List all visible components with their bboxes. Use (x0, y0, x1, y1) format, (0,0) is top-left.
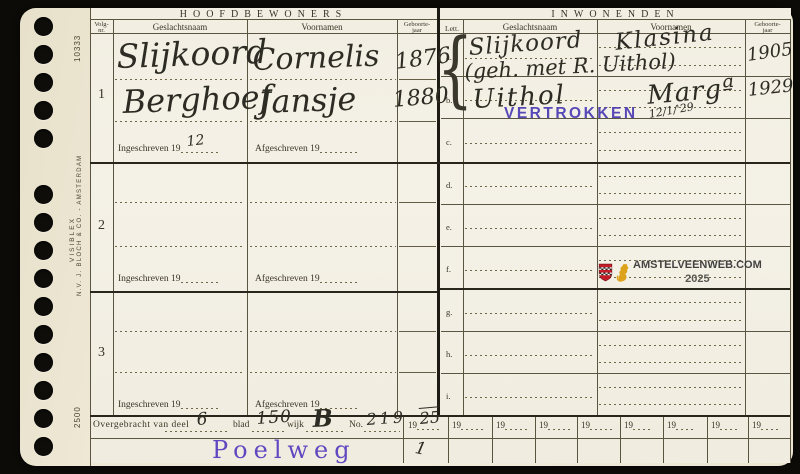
writing-line (465, 313, 593, 314)
writing-line (465, 397, 593, 398)
year-cell-label: 19 (581, 420, 612, 430)
writing-line (599, 235, 743, 236)
writing-line (115, 246, 245, 247)
fill-in-line (181, 399, 219, 409)
punch-hole (34, 409, 53, 428)
row-divider (441, 204, 790, 205)
row-divider (441, 246, 790, 247)
writing-line (599, 176, 743, 177)
row-letter: g. (446, 307, 452, 317)
handwritten-wijk: B (312, 406, 334, 431)
writing-line (399, 202, 436, 203)
handwritten-year: 1929 (747, 77, 794, 100)
street-name-stamp: Poelweg (212, 436, 356, 464)
punch-hole (34, 129, 53, 148)
header-firstnames-left: Voornamen (247, 22, 397, 32)
writing-line (115, 121, 245, 122)
writing-line (599, 218, 743, 219)
printer-brand: VISIBLEX (69, 217, 76, 262)
year-cell-19: 19 (581, 420, 590, 430)
scanned-register-photo: 10333 VISIBLEX N.V. J. BLOCH & CO. - AMS… (0, 0, 800, 474)
year-cell-label: 19 (711, 420, 738, 430)
handwritten-firstnames: Cornelis (252, 42, 380, 76)
year-cell-19: 19 (752, 420, 761, 430)
watermark: AMSTELVEENWEB.COM 2025 (598, 259, 762, 287)
grid-line (577, 415, 578, 463)
year-cell-19: 19 (667, 420, 676, 430)
section-title-inwonenden: INWONENDEN (441, 9, 790, 20)
punch-hole (34, 353, 53, 372)
year-cell-19: 19 (408, 420, 417, 430)
punch-hole (34, 297, 53, 316)
writing-line (465, 228, 593, 229)
handwritten-deel: 6 (196, 411, 208, 429)
punch-hole (34, 437, 53, 456)
year-cell-19: 19 (711, 420, 720, 430)
year-cell-19: 19 (624, 420, 633, 430)
footer-divider (90, 438, 790, 439)
fill-in-line (320, 143, 358, 153)
writing-line (599, 302, 743, 303)
writing-line (599, 362, 743, 363)
row-letter: f. (446, 264, 451, 274)
writing-line (399, 331, 436, 332)
year-cell-19: 19 (539, 420, 548, 430)
fill-in-line (252, 431, 285, 432)
punch-hole (34, 101, 53, 120)
year-cell-label: 19 (496, 420, 527, 430)
punch-hole (34, 45, 53, 64)
printer-name: N.V. J. BLOCH & CO. - AMSTERDAM (77, 155, 83, 296)
punch-hole (34, 325, 53, 344)
punch-hole (34, 213, 53, 232)
writing-line (250, 372, 396, 373)
grid-line (448, 415, 449, 463)
ingeschreven-text: Ingeschreven 19 (118, 274, 181, 284)
vertrokken-stamp: VERTROKKEN (504, 105, 638, 123)
handwritten-year-25: 25 (419, 409, 441, 427)
writing-line (399, 246, 436, 247)
writing-line (399, 79, 436, 80)
handwritten-surname: Slijkoord (116, 35, 268, 73)
row-letter: i. (446, 391, 451, 401)
writing-line (599, 345, 743, 346)
ingeschreven-label: Ingeschreven 19 (118, 273, 219, 284)
group-divider (440, 288, 790, 290)
punch-hole (34, 73, 53, 92)
header-birthyear-left-line2: jaar (397, 27, 437, 34)
writing-line (115, 372, 245, 373)
fill-in-line (548, 420, 570, 430)
writing-line (115, 331, 245, 332)
fill-in-line (590, 420, 612, 430)
writing-line (599, 150, 743, 151)
amstelveen-shield-icon (598, 263, 613, 282)
handwritten-surname: Berghoef (122, 81, 272, 118)
writing-line (399, 372, 436, 373)
afgeschreven-label: Afgeschreven 19 (255, 273, 358, 284)
grid-line (113, 19, 114, 415)
header-surname-left: Geslachtsnaam (113, 22, 247, 32)
year-cell-19: 19 (452, 420, 461, 430)
punch-hole (34, 185, 53, 204)
writing-line (465, 143, 593, 144)
form-serial-bottom: 2500 (73, 406, 82, 428)
grid-line (745, 19, 746, 415)
lion-rampant-icon (616, 262, 630, 284)
section-title-hoofdbewoners: HOOFDBEWONERS (90, 9, 437, 20)
grid-line (748, 415, 749, 463)
group-divider (90, 162, 790, 164)
year-cell-label: 19 (452, 420, 483, 430)
writing-line (599, 132, 743, 133)
year-cell-label: 19 (624, 420, 653, 430)
grid-line (707, 415, 708, 463)
grid-line (620, 415, 621, 463)
group-number: 3 (90, 345, 113, 361)
writing-line (250, 331, 396, 332)
row-letter: e. (446, 222, 452, 232)
watermark-year: 2025 (633, 273, 762, 287)
row-letter: d. (446, 180, 452, 190)
grid-line (492, 415, 493, 463)
grid-line (535, 415, 536, 463)
writing-line (399, 121, 436, 122)
ingeschreven-text: Ingeschreven 19 (118, 400, 181, 410)
year-cell-label: 19 (667, 420, 696, 430)
handwritten-no: 219 (366, 409, 407, 428)
group-divider (90, 291, 437, 293)
year-cell-label: 19 (752, 420, 781, 430)
fill-in-line (461, 420, 483, 430)
year-cell-label: 19 (539, 420, 570, 430)
writing-line (599, 404, 743, 405)
fill-in-line (720, 420, 738, 430)
writing-line (250, 121, 396, 122)
afgeschreven-label: Afgeschreven 19 (255, 143, 358, 154)
punch-hole (34, 17, 53, 36)
punch-hole (34, 381, 53, 400)
grid-line (90, 8, 91, 466)
row-letter: c. (446, 137, 452, 147)
grid-line (663, 415, 664, 463)
afgeschreven-text: Afgeschreven 19 (255, 144, 320, 154)
writing-line (465, 186, 593, 187)
header-volgnr-line2: nr. (90, 27, 113, 34)
writing-line (599, 320, 743, 321)
row-divider (441, 373, 790, 374)
row-letter: h. (446, 349, 452, 359)
transfer-label-deel: Overgebracht van deel (93, 420, 189, 430)
ingeschreven-text: Ingeschreven 19 (118, 144, 181, 154)
writing-line (599, 387, 743, 388)
fill-in-line (633, 420, 653, 430)
writing-line (115, 202, 245, 203)
handwritten-blad: 150 (256, 409, 293, 428)
form-serial-top: 10333 (73, 35, 82, 62)
grid-line (597, 19, 598, 415)
fill-in-line (505, 420, 527, 430)
handwritten-firstnames: Jansje (258, 83, 357, 118)
group-number: 2 (90, 218, 113, 234)
punch-hole (34, 269, 53, 288)
fill-in-line (181, 273, 219, 283)
watermark-site: AMSTELVEENWEB.COM (633, 259, 762, 273)
fill-in-line (364, 431, 400, 432)
writing-line (465, 270, 593, 271)
transfer-label-blad: blad (233, 420, 249, 430)
writing-line (250, 202, 396, 203)
writing-line (250, 246, 396, 247)
grid-line (397, 19, 398, 415)
punch-hole (34, 241, 53, 260)
afgeschreven-text: Afgeschreven 19 (255, 274, 320, 284)
fill-in-line (761, 420, 781, 430)
handwritten-ingeschreven-year: 12 (186, 133, 205, 149)
fill-in-line (320, 273, 358, 283)
writing-line (599, 193, 743, 194)
year-cell-19: 19 (496, 420, 505, 430)
header-birthyear-right-line2: jaar (745, 27, 790, 34)
row-divider (441, 331, 790, 332)
fill-in-line (676, 420, 696, 430)
writing-line (465, 355, 593, 356)
group-number: 1 (90, 87, 113, 103)
transfer-label-no: No. (349, 420, 363, 430)
fill-in-line (165, 431, 229, 432)
